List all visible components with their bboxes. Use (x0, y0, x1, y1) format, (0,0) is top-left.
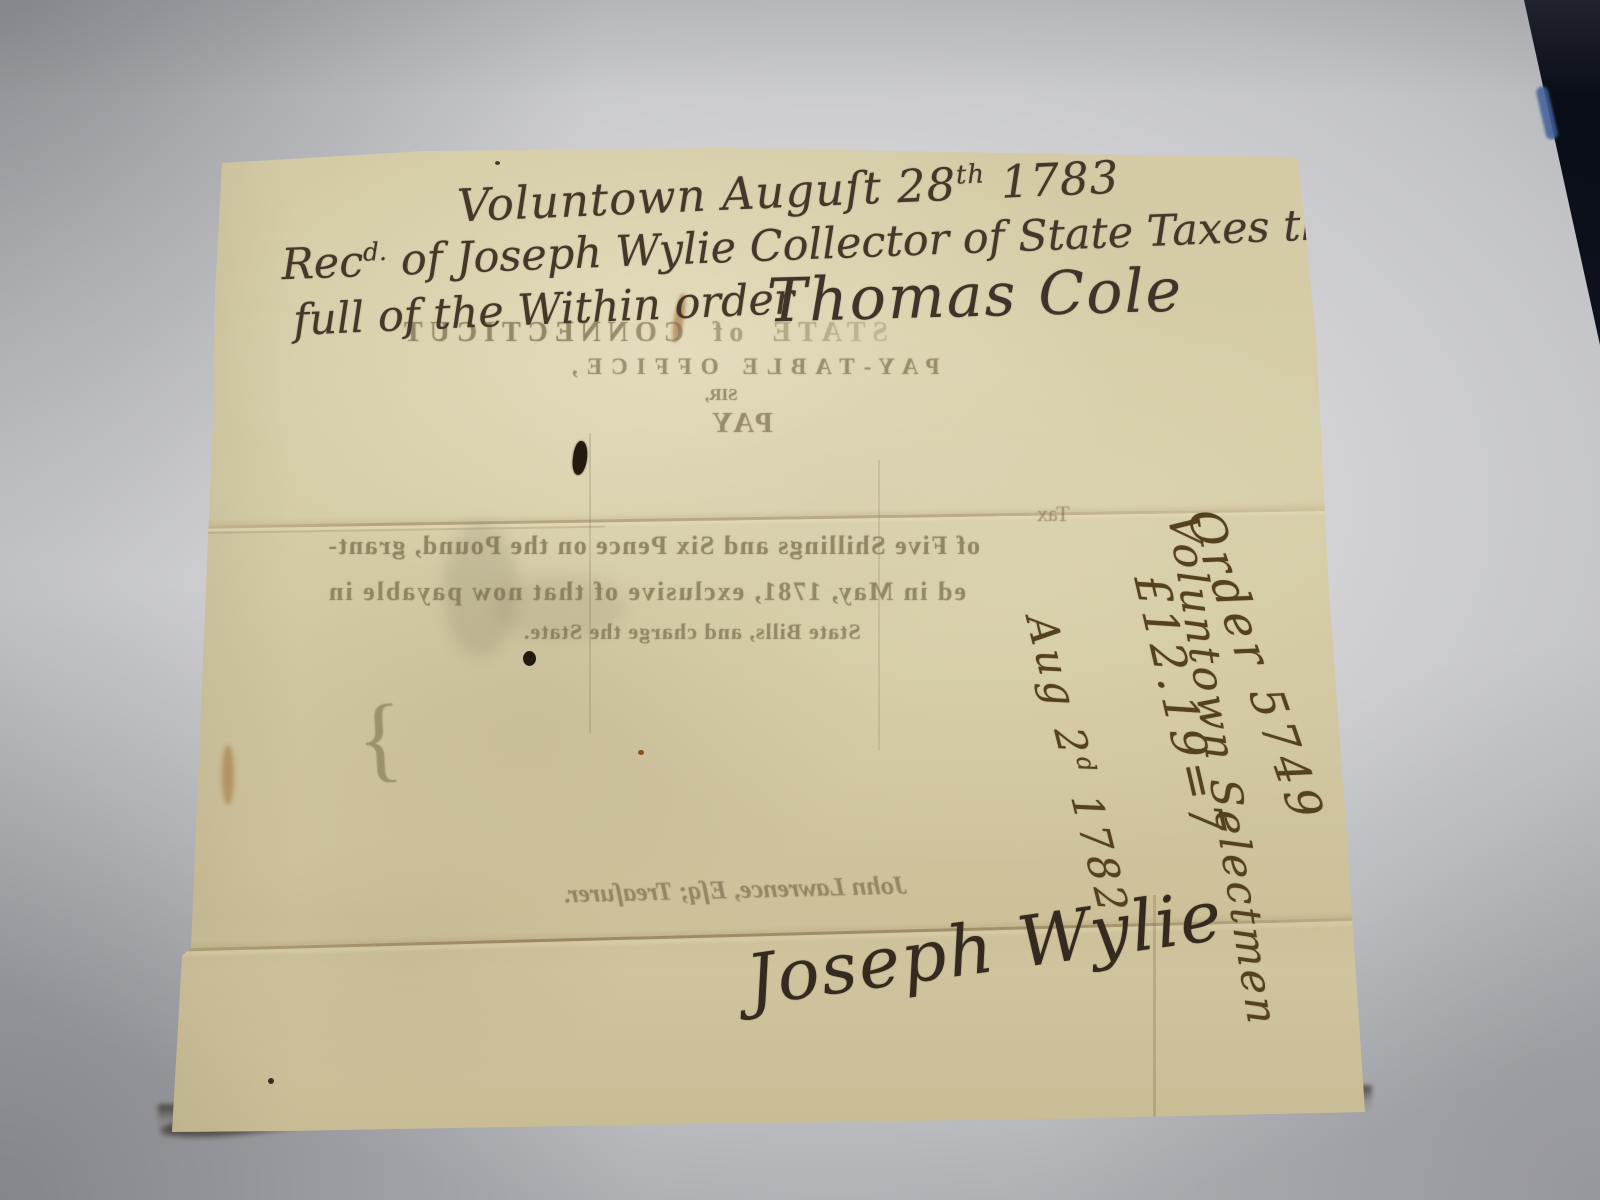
bleedthrough-salutation: SIR, (705, 385, 738, 405)
dateline-year: 1783 (984, 151, 1120, 210)
bleedthrough-body-line1: of Five Shillings and Six Pence on the P… (327, 531, 980, 561)
docket-date: Aug 2d 1782 (1019, 613, 1135, 919)
photo-of-document: STATE of CONNECTICUT PAY-TABLE OFFICE, S… (0, 0, 1600, 1200)
bleedthrough-body-line2: ed in May, 1781, exclusive of that now p… (327, 577, 966, 607)
bleedthrough-body-line3: State Bills, and charge the State. (523, 619, 861, 645)
received-superscript: d. (362, 237, 387, 267)
dateline-superscript: th (955, 159, 986, 190)
rust-stain-left-edge (222, 745, 234, 805)
ink-speck-bottom-left (268, 1078, 274, 1084)
bleedthrough-pay-word: PAY (709, 407, 773, 440)
rust-speck (638, 750, 644, 755)
docket-date-text: Aug 2 (1016, 612, 1099, 761)
ink-blot-middle (523, 651, 536, 666)
received-text: Rec (280, 237, 364, 290)
bleedthrough-paytable-office-line: PAY-TABLE OFFICE, (563, 354, 940, 380)
bleedthrough-body-fragment: Tax (1037, 501, 1070, 527)
ink-speck-top (495, 161, 500, 165)
ink-blot-upper (571, 440, 590, 476)
thomas-cole-signature: Thomas Cole (766, 256, 1184, 337)
bleedthrough-brace: } (354, 682, 405, 794)
bleedthrough-treasurer-line: John Lawrence, Eſq; Treaſurer. (563, 871, 907, 910)
aged-paper-document: STATE of CONNECTICUT PAY-TABLE OFFICE, S… (165, 145, 1370, 1145)
